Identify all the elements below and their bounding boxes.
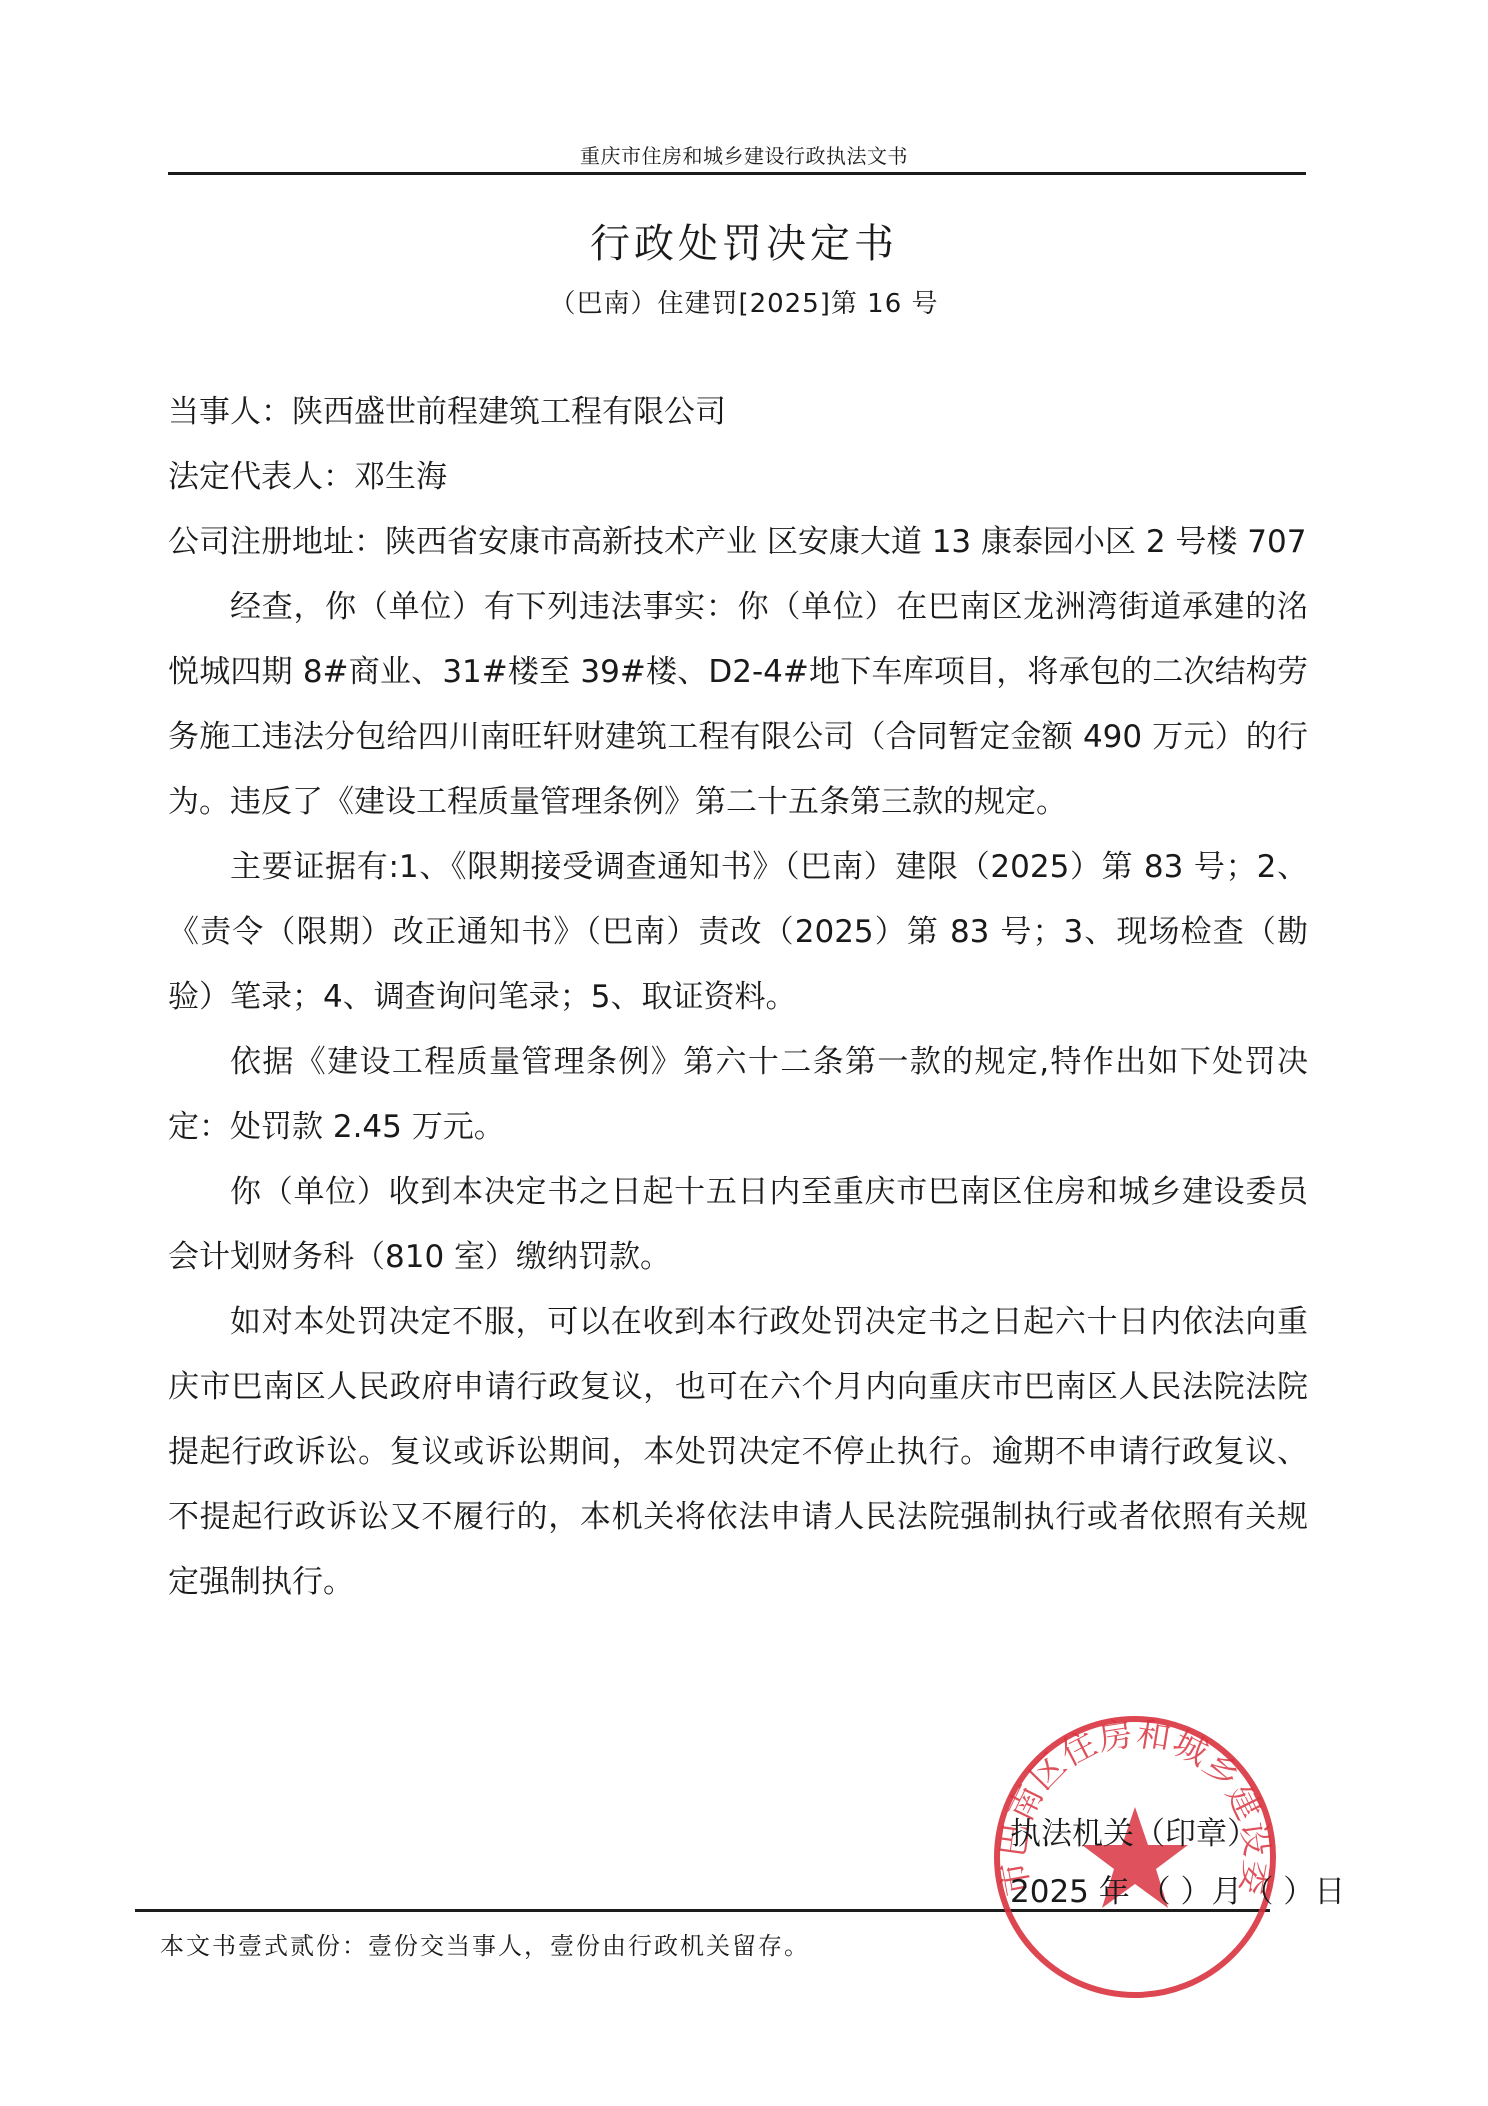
authority-seal-label: 执法机关（印章） bbox=[1010, 1805, 1345, 1863]
document-body: 当事人：陕西盛世前程建筑工程有限公司 法定代表人：邓生海 公司注册地址：陕西省安… bbox=[168, 380, 1308, 1615]
appeal-paragraph: 如对本处罚决定不服，可以在收到本行政处罚决定书之日起六十日内依法向重庆市巴南区人… bbox=[168, 1290, 1308, 1615]
document-series-header: 重庆市住房和城乡建设行政执法文书 bbox=[0, 140, 1488, 169]
legal-representative: 法定代表人：邓生海 bbox=[168, 445, 1308, 510]
copies-note: 本文书壹式贰份：壹份交当事人，壹份由行政机关留存。 bbox=[160, 1926, 810, 1961]
document-number: （巴南）住建罚[2025]第 16 号 bbox=[0, 283, 1488, 320]
party-name: 当事人：陕西盛世前程建筑工程有限公司 bbox=[168, 380, 1308, 445]
signature-block: 执法机关（印章） 2025 年 （ ）月（ ）日 bbox=[1010, 1805, 1345, 1921]
evidence-paragraph: 主要证据有:1、《限期接受调查通知书》（巴南）建限（2025）第 83 号；2、… bbox=[168, 835, 1308, 1030]
decision-paragraph: 依据《建设工程质量管理条例》第六十二条第一款的规定,特作出如下处罚决定：处罚款 … bbox=[168, 1030, 1308, 1160]
decision-date: 2025 年 （ ）月（ ）日 bbox=[1010, 1863, 1345, 1921]
facts-paragraph: 经查，你（单位）有下列违法事实：你（单位）在巴南区龙洲湾街道承建的洺悦城四期 8… bbox=[168, 575, 1308, 835]
document-title: 行政处罚决定书 bbox=[0, 212, 1488, 269]
registered-address: 公司注册地址：陕西省安康市高新技术产业 区安康大道 13 康泰园小区 2 号楼 … bbox=[168, 510, 1308, 575]
header-divider bbox=[168, 172, 1306, 175]
payment-paragraph: 你（单位）收到本决定书之日起十五日内至重庆市巴南区住房和城乡建设委员会计划财务科… bbox=[168, 1160, 1308, 1290]
